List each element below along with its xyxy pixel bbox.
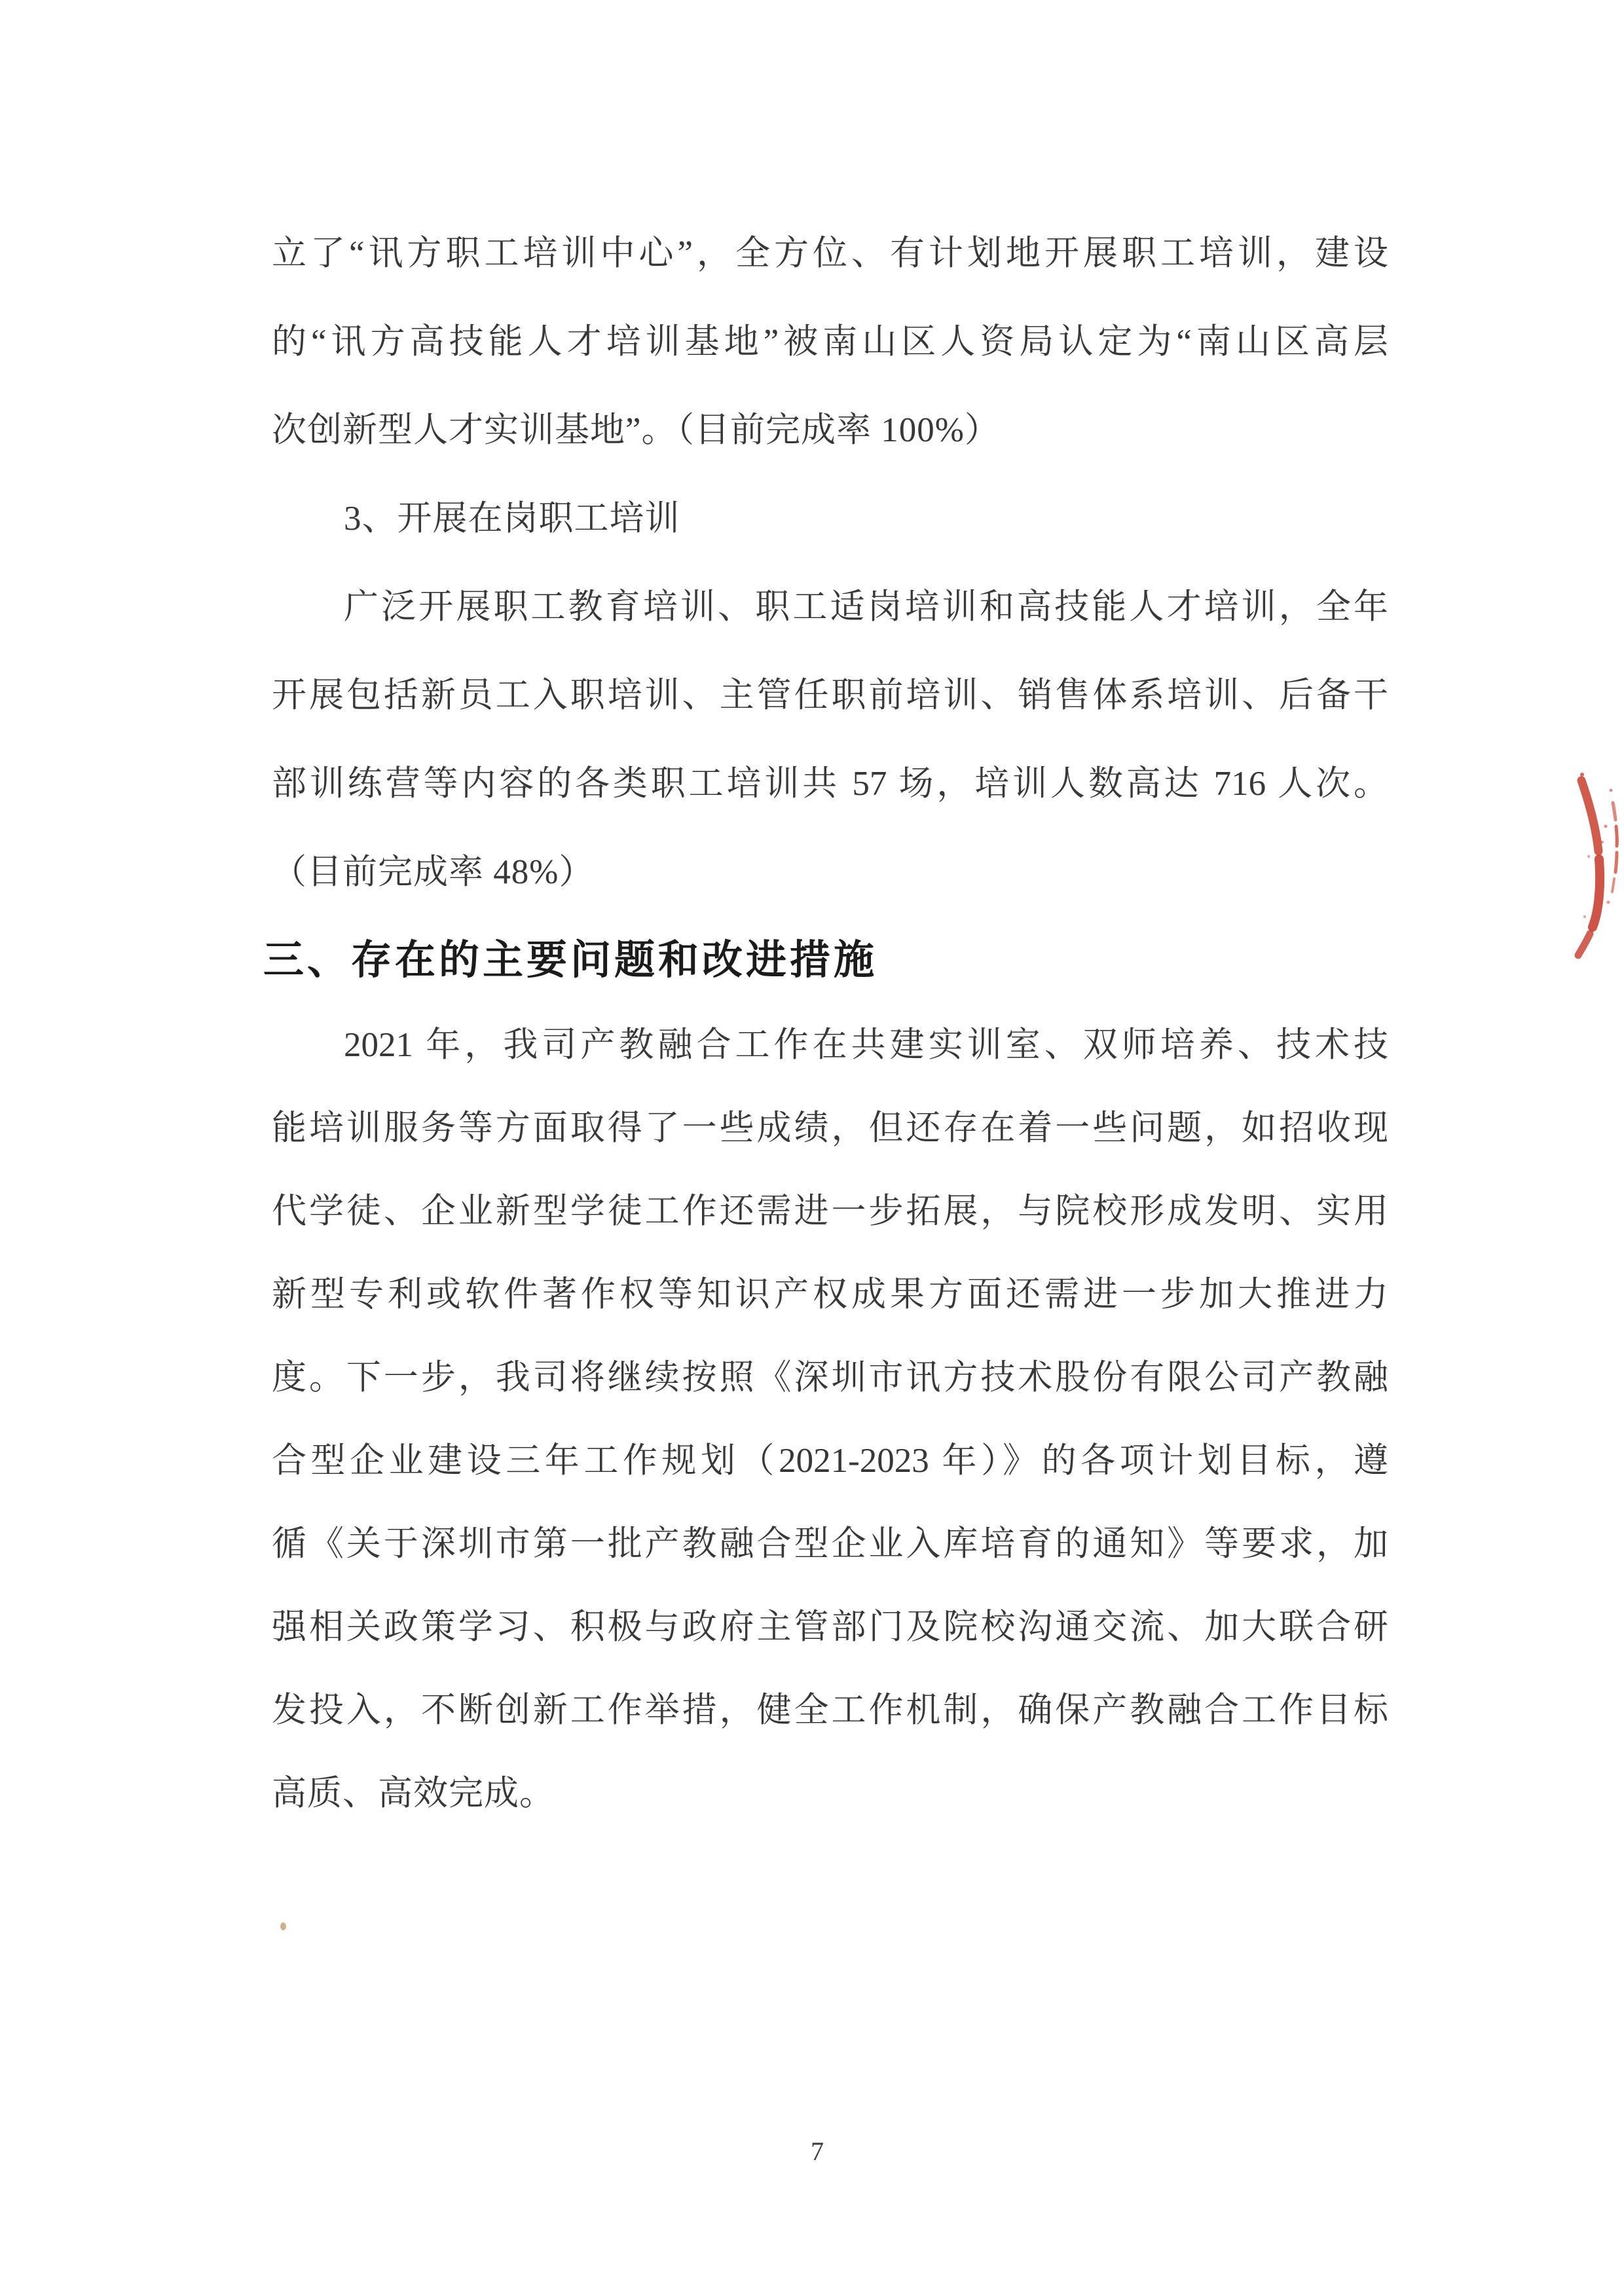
paper-speck xyxy=(280,1922,286,1930)
body-line: 度。下一步，我司将继续按照《深圳市讯方技术股份有限公司产教融 xyxy=(272,1336,1388,1420)
body-line: 高质、高效完成。 xyxy=(272,1752,1388,1835)
page-number: 7 xyxy=(811,2136,824,2167)
body-line: 发投入，不断创新工作举措，健全工作机制，确保产教融合工作目标 xyxy=(272,1669,1388,1752)
body-line: 循《关于深圳市第一批产教融合型企业入库培育的通知》等要求，加 xyxy=(272,1503,1388,1586)
document-page: 立了“讯方职工培训中心”，全方位、有计划地开展职工培训，建设 的“讯方高技能人才… xyxy=(0,0,1624,2295)
body-line: 能培训服务等方面取得了一些成绩，但还存在着一些问题，如招收现 xyxy=(272,1087,1388,1170)
body-line: 部训练营等内容的各类职工培训共 57 场，培训人数高达 716 人次。 xyxy=(272,740,1388,828)
body-line: 开展包括新员工入职培训、主管任职前培训、销售体系培训、后备干 xyxy=(272,652,1388,740)
document-body: 立了“讯方职工培训中心”，全方位、有计划地开展职工培训，建设 的“讯方高技能人才… xyxy=(272,210,1388,1835)
body-line: 广泛开展职工教育培训、职工适岗培训和高技能人才培训，全年 xyxy=(272,563,1388,652)
body-line: 次创新型人才实训基地”。（目前完成率 100%） xyxy=(272,386,1388,475)
body-line: 合型企业建设三年工作规划（2021-2023 年）》的各项计划目标，遵 xyxy=(272,1420,1388,1503)
body-line: 强相关政策学习、积极与政府主管部门及院校沟通交流、加大联合研 xyxy=(272,1586,1388,1669)
red-seal-stamp-edge xyxy=(1565,753,1624,963)
body-line: 3、开展在岗职工培训 xyxy=(272,475,1388,563)
body-line: 新型专利或软件著作权等知识产权成果方面还需进一步加大推进力 xyxy=(272,1253,1388,1336)
body-line: 2021 年，我司产教融合工作在共建实训室、双师培养、技术技 xyxy=(272,1004,1388,1087)
section-heading: 三、存在的主要问题和改进措施 xyxy=(263,917,1388,1004)
body-line: 代学徒、企业新型学徒工作还需进一步拓展，与院校形成发明、实用 xyxy=(272,1170,1388,1253)
body-line: 的“讯方高技能人才培训基地”被南山区人资局认定为“南山区高层 xyxy=(272,298,1388,386)
body-line: （目前完成率 48%） xyxy=(272,828,1388,917)
body-line: 立了“讯方职工培训中心”，全方位、有计划地开展职工培训，建设 xyxy=(272,210,1388,298)
